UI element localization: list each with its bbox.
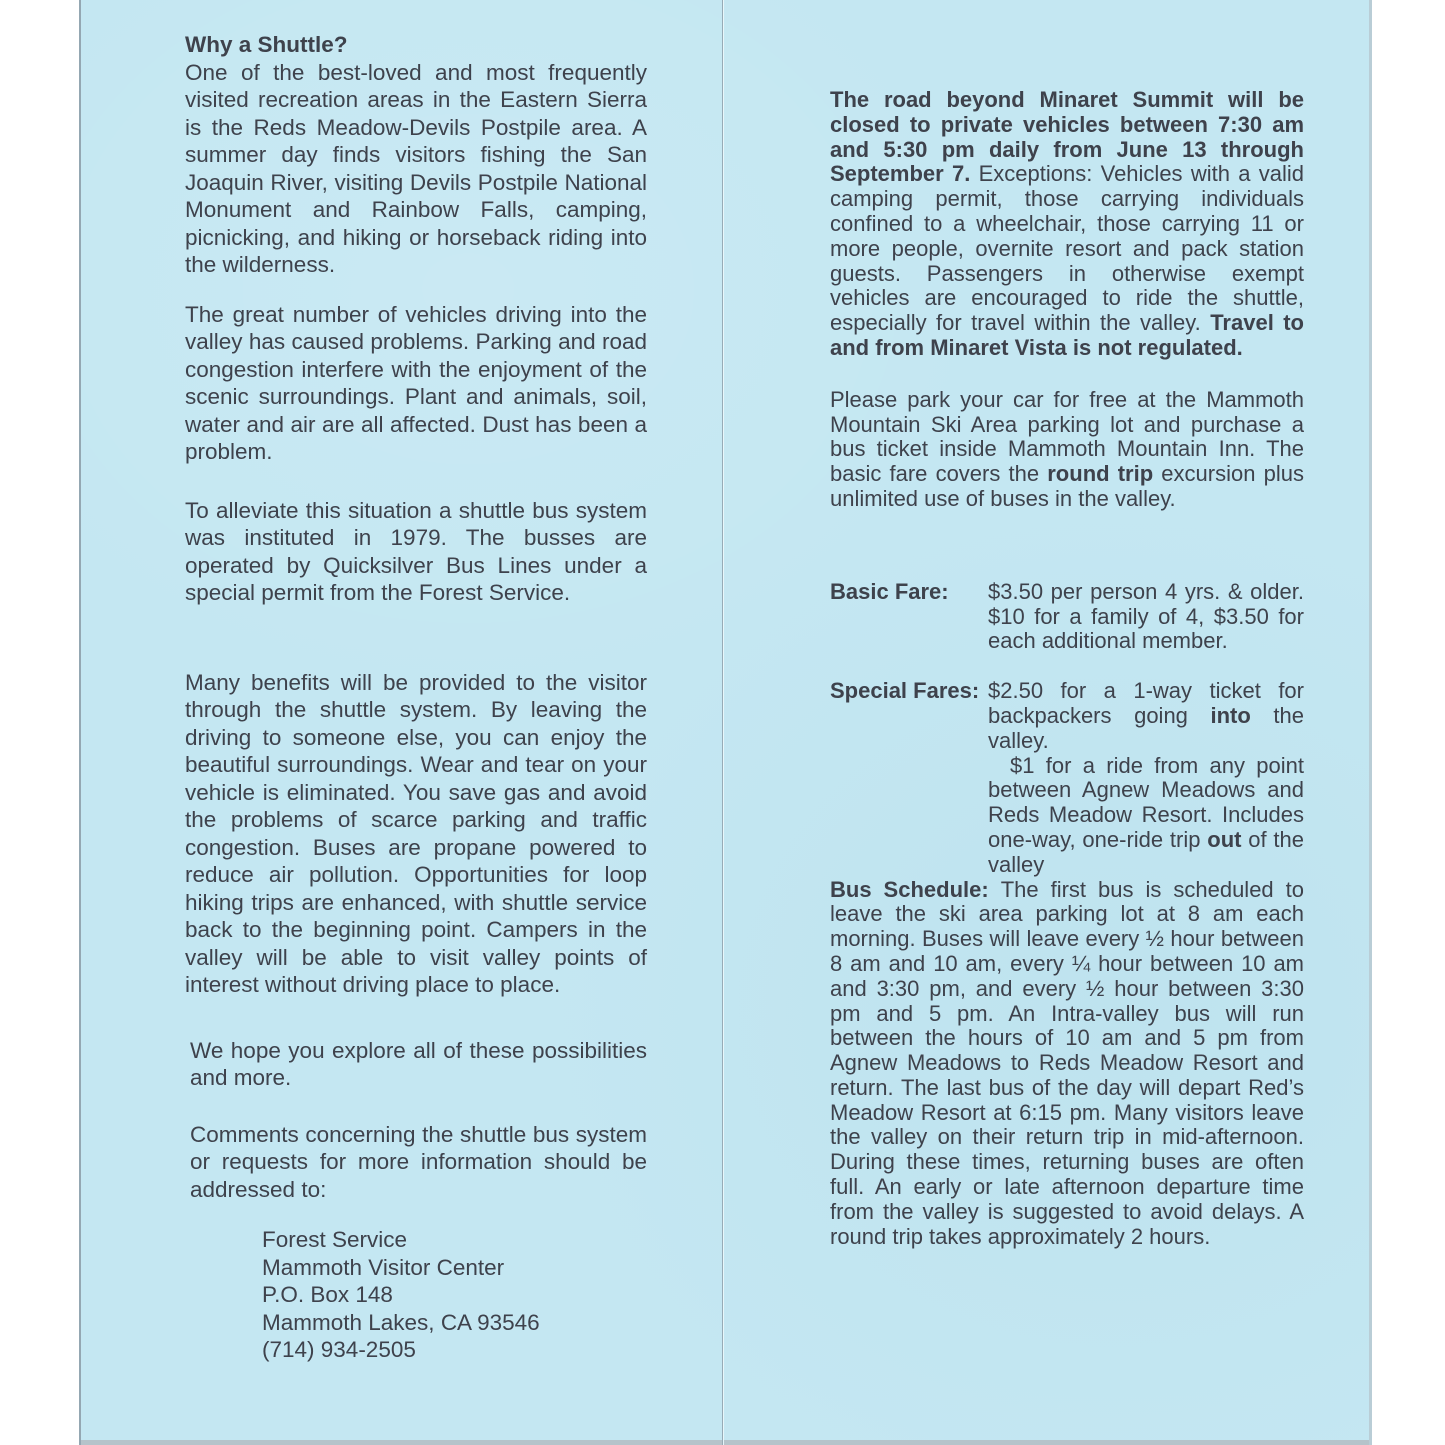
basic-fare-label: Basic Fare: (830, 580, 988, 654)
paragraph-hope: We hope you explore all of these possibi… (190, 1037, 647, 1092)
special-fare-intra-valley: $1 for a ride from any point between Agn… (988, 754, 1304, 878)
basic-fare-value: $3.50 per person 4 yrs. & older. $10 for… (988, 580, 1304, 654)
paragraph-benefits: Many benefits will be provided to the vi… (185, 669, 647, 999)
basic-fare-row: Basic Fare: $3.50 per person 4 yrs. & ol… (830, 580, 1304, 654)
paragraph-intro: One of the best-loved and most frequentl… (185, 59, 647, 279)
special-fares-value: $2.50 for a 1-way ticket for backpackers… (988, 679, 1304, 877)
special-fares-label: Special Fares: (830, 679, 988, 877)
paragraph-bus-schedule: Bus Schedule: The first bus is scheduled… (830, 878, 1304, 1250)
address-block: Forest Service Mammoth Visitor Center P.… (262, 1226, 647, 1364)
address-line-city: Mammoth Lakes, CA 93546 (262, 1309, 647, 1337)
right-panel: The road beyond Minaret Summit will be c… (830, 88, 1304, 1249)
paragraph-vehicle-problems: The great number of vehicles driving int… (185, 301, 647, 466)
address-line-phone: (714) 934-2505 (262, 1336, 647, 1364)
paragraph-shuttle-history: To alleviate this situation a shuttle bu… (185, 497, 647, 607)
paragraph-parking-tickets: Please park your car for free at the Mam… (830, 388, 1304, 512)
address-line-po-box: P.O. Box 148 (262, 1281, 647, 1309)
special-fares-row: Special Fares: $2.50 for a 1-way ticket … (830, 679, 1304, 877)
special-fare-one-way: $2.50 for a 1-way ticket for backpackers… (988, 679, 1304, 753)
address-line-center: Mammoth Visitor Center (262, 1254, 647, 1282)
paragraph-road-closure: The road beyond Minaret Summit will be c… (830, 88, 1304, 361)
address-line-organization: Forest Service (262, 1226, 647, 1254)
section-heading-why-a-shuttle: Why a Shuttle? (185, 31, 647, 59)
fares-section: Basic Fare: $3.50 per person 4 yrs. & ol… (830, 580, 1304, 878)
left-panel: Why a Shuttle? One of the best-loved and… (185, 31, 647, 1364)
fold-crease (722, 0, 723, 1445)
paragraph-comments: Comments concerning the shuttle bus syst… (190, 1121, 647, 1204)
